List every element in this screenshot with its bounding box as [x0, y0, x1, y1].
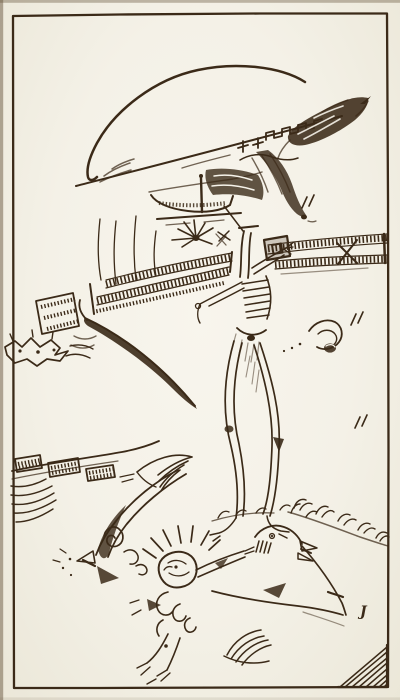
drapery-end-blob	[301, 215, 307, 220]
waterline	[157, 213, 241, 219]
eye-dot	[174, 565, 177, 568]
masthead	[199, 174, 203, 178]
fist-outer	[309, 320, 342, 349]
hillside-fence	[11, 441, 159, 522]
fist-inner	[318, 330, 337, 346]
figure-pelvis	[237, 328, 266, 335]
splash-spikes	[10, 330, 93, 358]
trail-dot	[283, 350, 285, 352]
bird-wing	[137, 455, 192, 491]
spit-droplet	[69, 558, 72, 561]
accent-tick-marks	[302, 195, 367, 428]
right-rail-end-post	[384, 234, 385, 263]
reaching-hand	[245, 547, 254, 554]
knee-blob-left	[225, 426, 234, 433]
knee-wedge-right	[273, 437, 284, 452]
top-scan-edge	[0, 0, 400, 3]
horn-under-squiggles	[71, 336, 96, 348]
dark-rigging-mass	[288, 97, 368, 145]
fist-knot	[283, 320, 342, 352]
splash-dot	[36, 350, 40, 354]
artist-signature: J	[357, 604, 368, 620]
spit-droplet	[70, 574, 72, 576]
figure-junction	[218, 206, 243, 241]
horn-hook	[79, 300, 87, 320]
corner-hatch-lines	[340, 647, 387, 687]
trail-dot	[299, 343, 302, 346]
pelvis-blob	[247, 335, 255, 341]
splash-dot	[18, 349, 21, 352]
fence-panel-detached-hatch	[41, 299, 79, 329]
railing-right	[264, 234, 387, 274]
figure-foot-left	[210, 518, 236, 541]
creature-back	[302, 546, 346, 615]
left-scan-edge	[0, 0, 3, 700]
body-curls	[157, 592, 196, 636]
ground-line	[288, 512, 388, 546]
left-splash-ticks	[130, 600, 141, 615]
hull-hatch-band	[159, 203, 226, 205]
ribbed-fin	[224, 630, 271, 665]
creature-curls	[124, 550, 147, 575]
foot-hatches	[137, 663, 170, 684]
airship-structure	[76, 66, 371, 222]
body-dark-wedge	[147, 599, 161, 611]
knee-dot	[164, 644, 168, 648]
trail-dot	[291, 347, 293, 349]
hanging-drapery	[256, 150, 306, 217]
dark-sail-wave	[205, 169, 263, 200]
horn-crescent	[71, 300, 197, 409]
wing-feathers	[137, 455, 192, 491]
head-rays	[143, 526, 220, 558]
ground-creature	[212, 526, 346, 665]
creature-head	[255, 526, 302, 544]
grass-ground	[212, 499, 389, 546]
boat-vignette	[149, 169, 263, 247]
corner-hatch	[338, 645, 387, 687]
grass-tufts	[291, 499, 389, 541]
figure-ribs	[242, 280, 270, 318]
creature-pupil	[271, 535, 273, 537]
spit-droplet	[62, 567, 64, 569]
figure-leg-right	[254, 343, 279, 516]
starburst-center	[193, 235, 200, 241]
spit-strokes	[53, 549, 66, 562]
figure-right-contour	[266, 276, 271, 319]
ink-drawing: J	[0, 0, 400, 700]
boat-mast	[201, 178, 202, 212]
figure-cap	[239, 226, 258, 228]
flipper-wedge	[263, 583, 286, 598]
thigh-hatching	[246, 356, 259, 392]
figure-trunk	[240, 231, 251, 278]
drapery-tail-dash	[308, 221, 316, 222]
rail-underline	[281, 268, 368, 274]
horn-body	[84, 318, 197, 409]
beak-wedge	[97, 566, 119, 584]
swooping-creature	[53, 470, 186, 584]
slope-hatching	[11, 479, 56, 522]
thin-legs	[147, 634, 180, 670]
sketch-plate: J	[0, 0, 400, 700]
ridge-tail-dashes	[120, 474, 134, 482]
gill-hatching	[256, 541, 271, 553]
splash-dot	[53, 349, 56, 352]
